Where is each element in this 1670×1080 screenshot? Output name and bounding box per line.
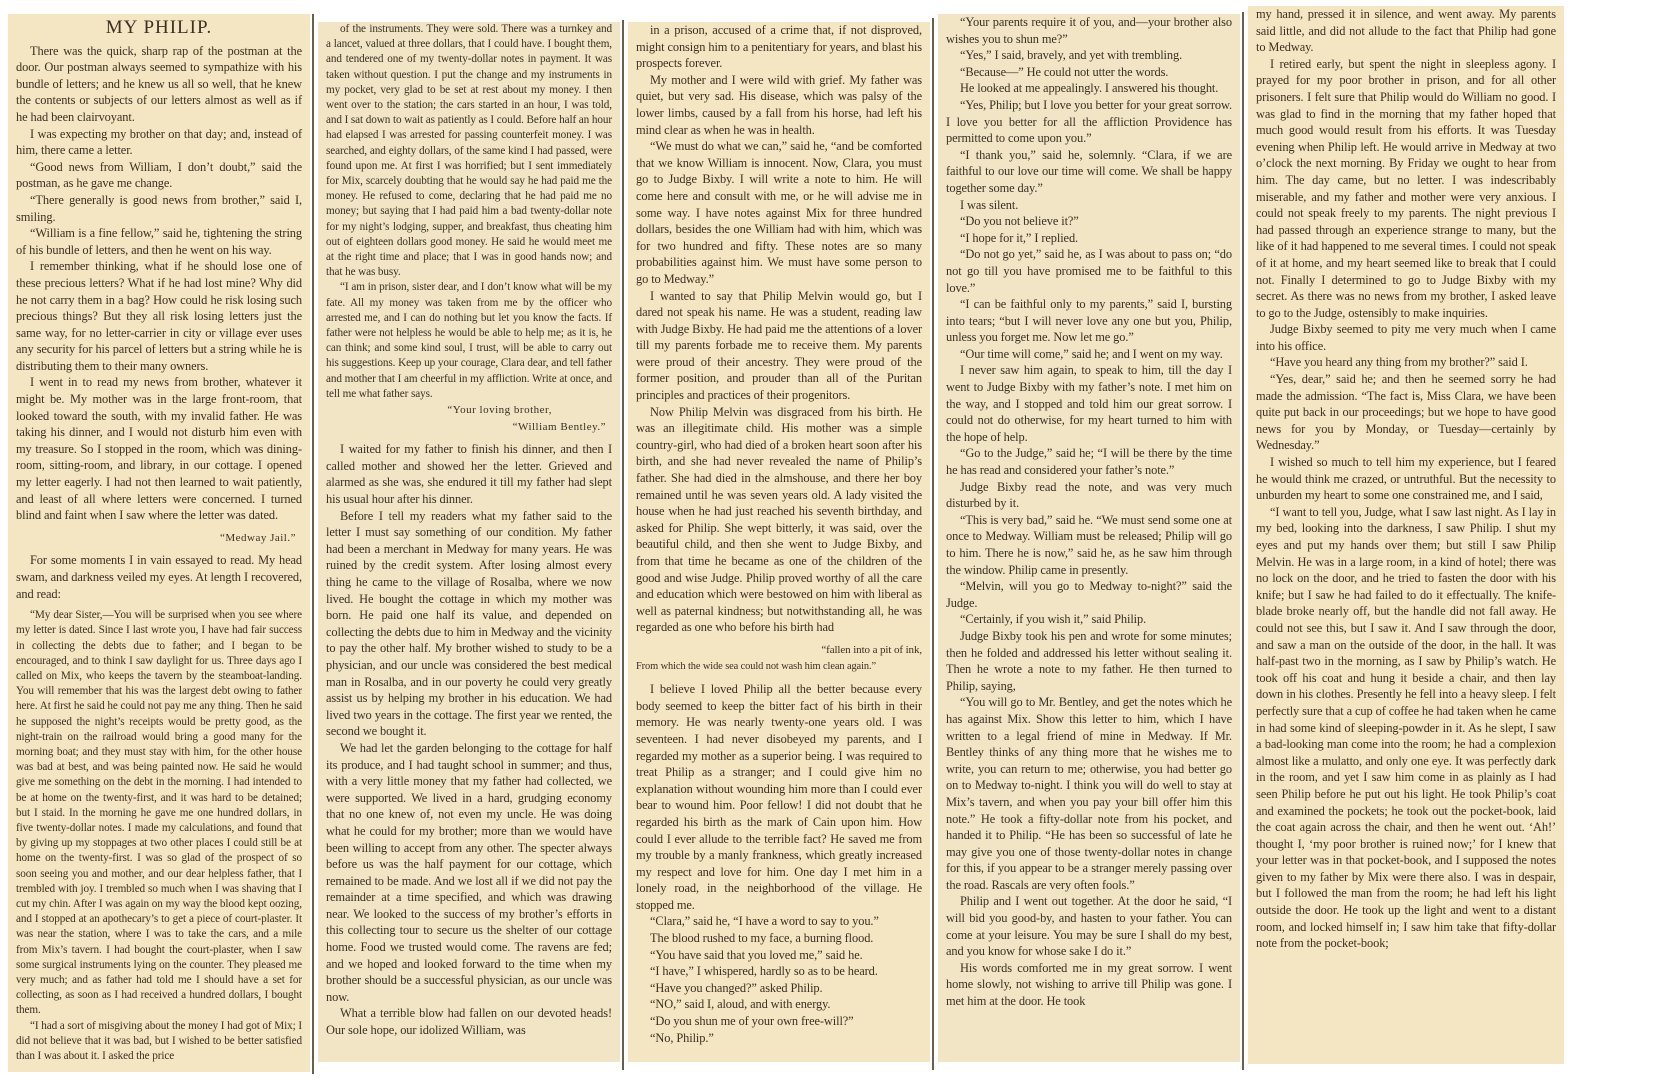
paragraph: There was the quick, sharp rap of the po…	[16, 43, 302, 126]
paragraph: “NO,” said I, aloud, and with energy.	[636, 996, 922, 1013]
paragraph: “There generally is good news from broth…	[16, 192, 302, 225]
paragraph: “Yes,” I said, bravely, and yet with tre…	[946, 47, 1232, 64]
paragraph: “I hope for it,” I replied.	[946, 230, 1232, 247]
paragraph: “Yes, dear,” said he; and then he seemed…	[1256, 371, 1556, 454]
column-2: of the instruments. They were sold. Ther…	[318, 22, 620, 1062]
paragraph: my hand, pressed it in silence, and went…	[1256, 6, 1556, 56]
paragraph: “Good news from William, I don’t doubt,”…	[16, 159, 302, 192]
paragraph: “I can be faithful only to my parents,” …	[946, 296, 1232, 346]
paragraph: I waited for my father to finish his din…	[326, 441, 612, 507]
paragraph: “Certainly, if you wish it,” said Philip…	[946, 611, 1232, 628]
column-rule	[622, 20, 624, 1070]
column-4: “Your parents require it of you, and—you…	[938, 14, 1240, 1062]
paragraph: I believe I loved Philip all the better …	[636, 681, 922, 913]
column-3: in a prison, accused of a crime that, if…	[628, 22, 930, 1062]
letter-paragraph: of the instruments. They were sold. Ther…	[326, 22, 612, 280]
paragraph: “Because—” He could not utter the words.	[946, 64, 1232, 81]
letter-signature: “William Bentley.”	[326, 419, 612, 436]
paragraph: We had let the garden belonging to the c…	[326, 740, 612, 1006]
paragraph: “William is a fine fellow,” said he, tig…	[16, 225, 302, 258]
paragraph: I was expecting my brother on that day; …	[16, 126, 302, 159]
column-rule	[932, 18, 934, 1070]
column-1: MY PHILIP. There was the quick, sharp ra…	[8, 14, 310, 1072]
paragraph: “Go to the Judge,” said he; “I will be t…	[946, 445, 1232, 478]
paragraph: I was silent.	[946, 197, 1232, 214]
letter-dateline: “Medway Jail.”	[16, 530, 302, 547]
paragraph: For some moments I in vain essayed to re…	[16, 552, 302, 602]
paragraph: I wanted to say that Philip Melvin would…	[636, 288, 922, 404]
paragraph: I never saw him again, to speak to him, …	[946, 362, 1232, 445]
paragraph: I retired early, but spent the night in …	[1256, 56, 1556, 322]
paragraph: “We must do what we can,” said he, “and …	[636, 138, 922, 287]
letter-paragraph: “My dear Sister,—You will be surprised w…	[16, 608, 302, 1018]
paragraph: “Do not go yet,” said he, as I was about…	[946, 246, 1232, 296]
paragraph: “Do you not believe it?”	[946, 213, 1232, 230]
paragraph: “Your parents require it of you, and—you…	[946, 14, 1232, 47]
paragraph: “Our time will come,” said he; and I wen…	[946, 346, 1232, 363]
verse-line: From which the wide sea could not wash h…	[636, 659, 922, 676]
paragraph: What a terrible blow had fallen on our d…	[326, 1005, 612, 1038]
paragraph: Judge Bixby took his pen and wrote for s…	[946, 628, 1232, 694]
paragraph: “This is very bad,” said he. “We must se…	[946, 512, 1232, 578]
paragraph: Now Philip Melvin was disgraced from his…	[636, 404, 922, 636]
verse-line: “fallen into a pit of ink,	[636, 642, 922, 659]
paragraph: “Clara,” said he, “I have a word to say …	[636, 913, 922, 930]
paragraph: “Melvin, will you go to Medway to-night?…	[946, 578, 1232, 611]
paragraph: “No, Philip.”	[636, 1030, 922, 1047]
newspaper-clipping: MY PHILIP. There was the quick, sharp ra…	[0, 0, 1670, 1080]
story-title: MY PHILIP.	[16, 20, 302, 37]
paragraph: “Have you heard any thing from my brothe…	[1256, 354, 1556, 371]
paragraph: “You will go to Mr. Bentley, and get the…	[946, 694, 1232, 893]
letter-paragraph: “I had a sort of misgiving about the mon…	[16, 1019, 302, 1065]
paragraph: in a prison, accused of a crime that, if…	[636, 22, 922, 72]
paragraph: “You have said that you loved me,” said …	[636, 947, 922, 964]
paragraph: Judge Bixby seemed to pity me very much …	[1256, 321, 1556, 354]
column-rule	[1242, 12, 1244, 1070]
paragraph: My mother and I were wild with grief. My…	[636, 72, 922, 138]
paragraph: “I thank you,” said he, solemnly. “Clara…	[946, 147, 1232, 197]
paragraph: He looked at me appealingly. I answered …	[946, 80, 1232, 97]
paragraph: His words comforted me in my great sorro…	[946, 960, 1232, 1010]
paragraph: Before I tell my readers what my father …	[326, 508, 612, 740]
paragraph: The blood rushed to my face, a burning f…	[636, 930, 922, 947]
paragraph: I went in to read my news from brother, …	[16, 374, 302, 523]
paragraph: Philip and I went out together. At the d…	[946, 893, 1232, 959]
paragraph: I wished so much to tell him my experien…	[1256, 454, 1556, 504]
column-5: my hand, pressed it in silence, and went…	[1248, 6, 1564, 1064]
letter-closing: “Your loving brother,	[326, 402, 612, 419]
paragraph: Judge Bixby read the note, and was very …	[946, 479, 1232, 512]
paragraph: “Have you changed?” asked Philip.	[636, 980, 922, 997]
paragraph: “Yes, Philip; but I love you better for …	[946, 97, 1232, 147]
paragraph: “Do you shun me of your own free-will?”	[636, 1013, 922, 1030]
paragraph: “I have,” I whispered, hardly so as to b…	[636, 963, 922, 980]
letter-paragraph: “I am in prison, sister dear, and I don’…	[326, 280, 612, 402]
paragraph: “I want to tell you, Judge, what I saw l…	[1256, 504, 1556, 952]
paragraph: I remember thinking, what if he should l…	[16, 258, 302, 374]
column-rule	[312, 14, 314, 1074]
